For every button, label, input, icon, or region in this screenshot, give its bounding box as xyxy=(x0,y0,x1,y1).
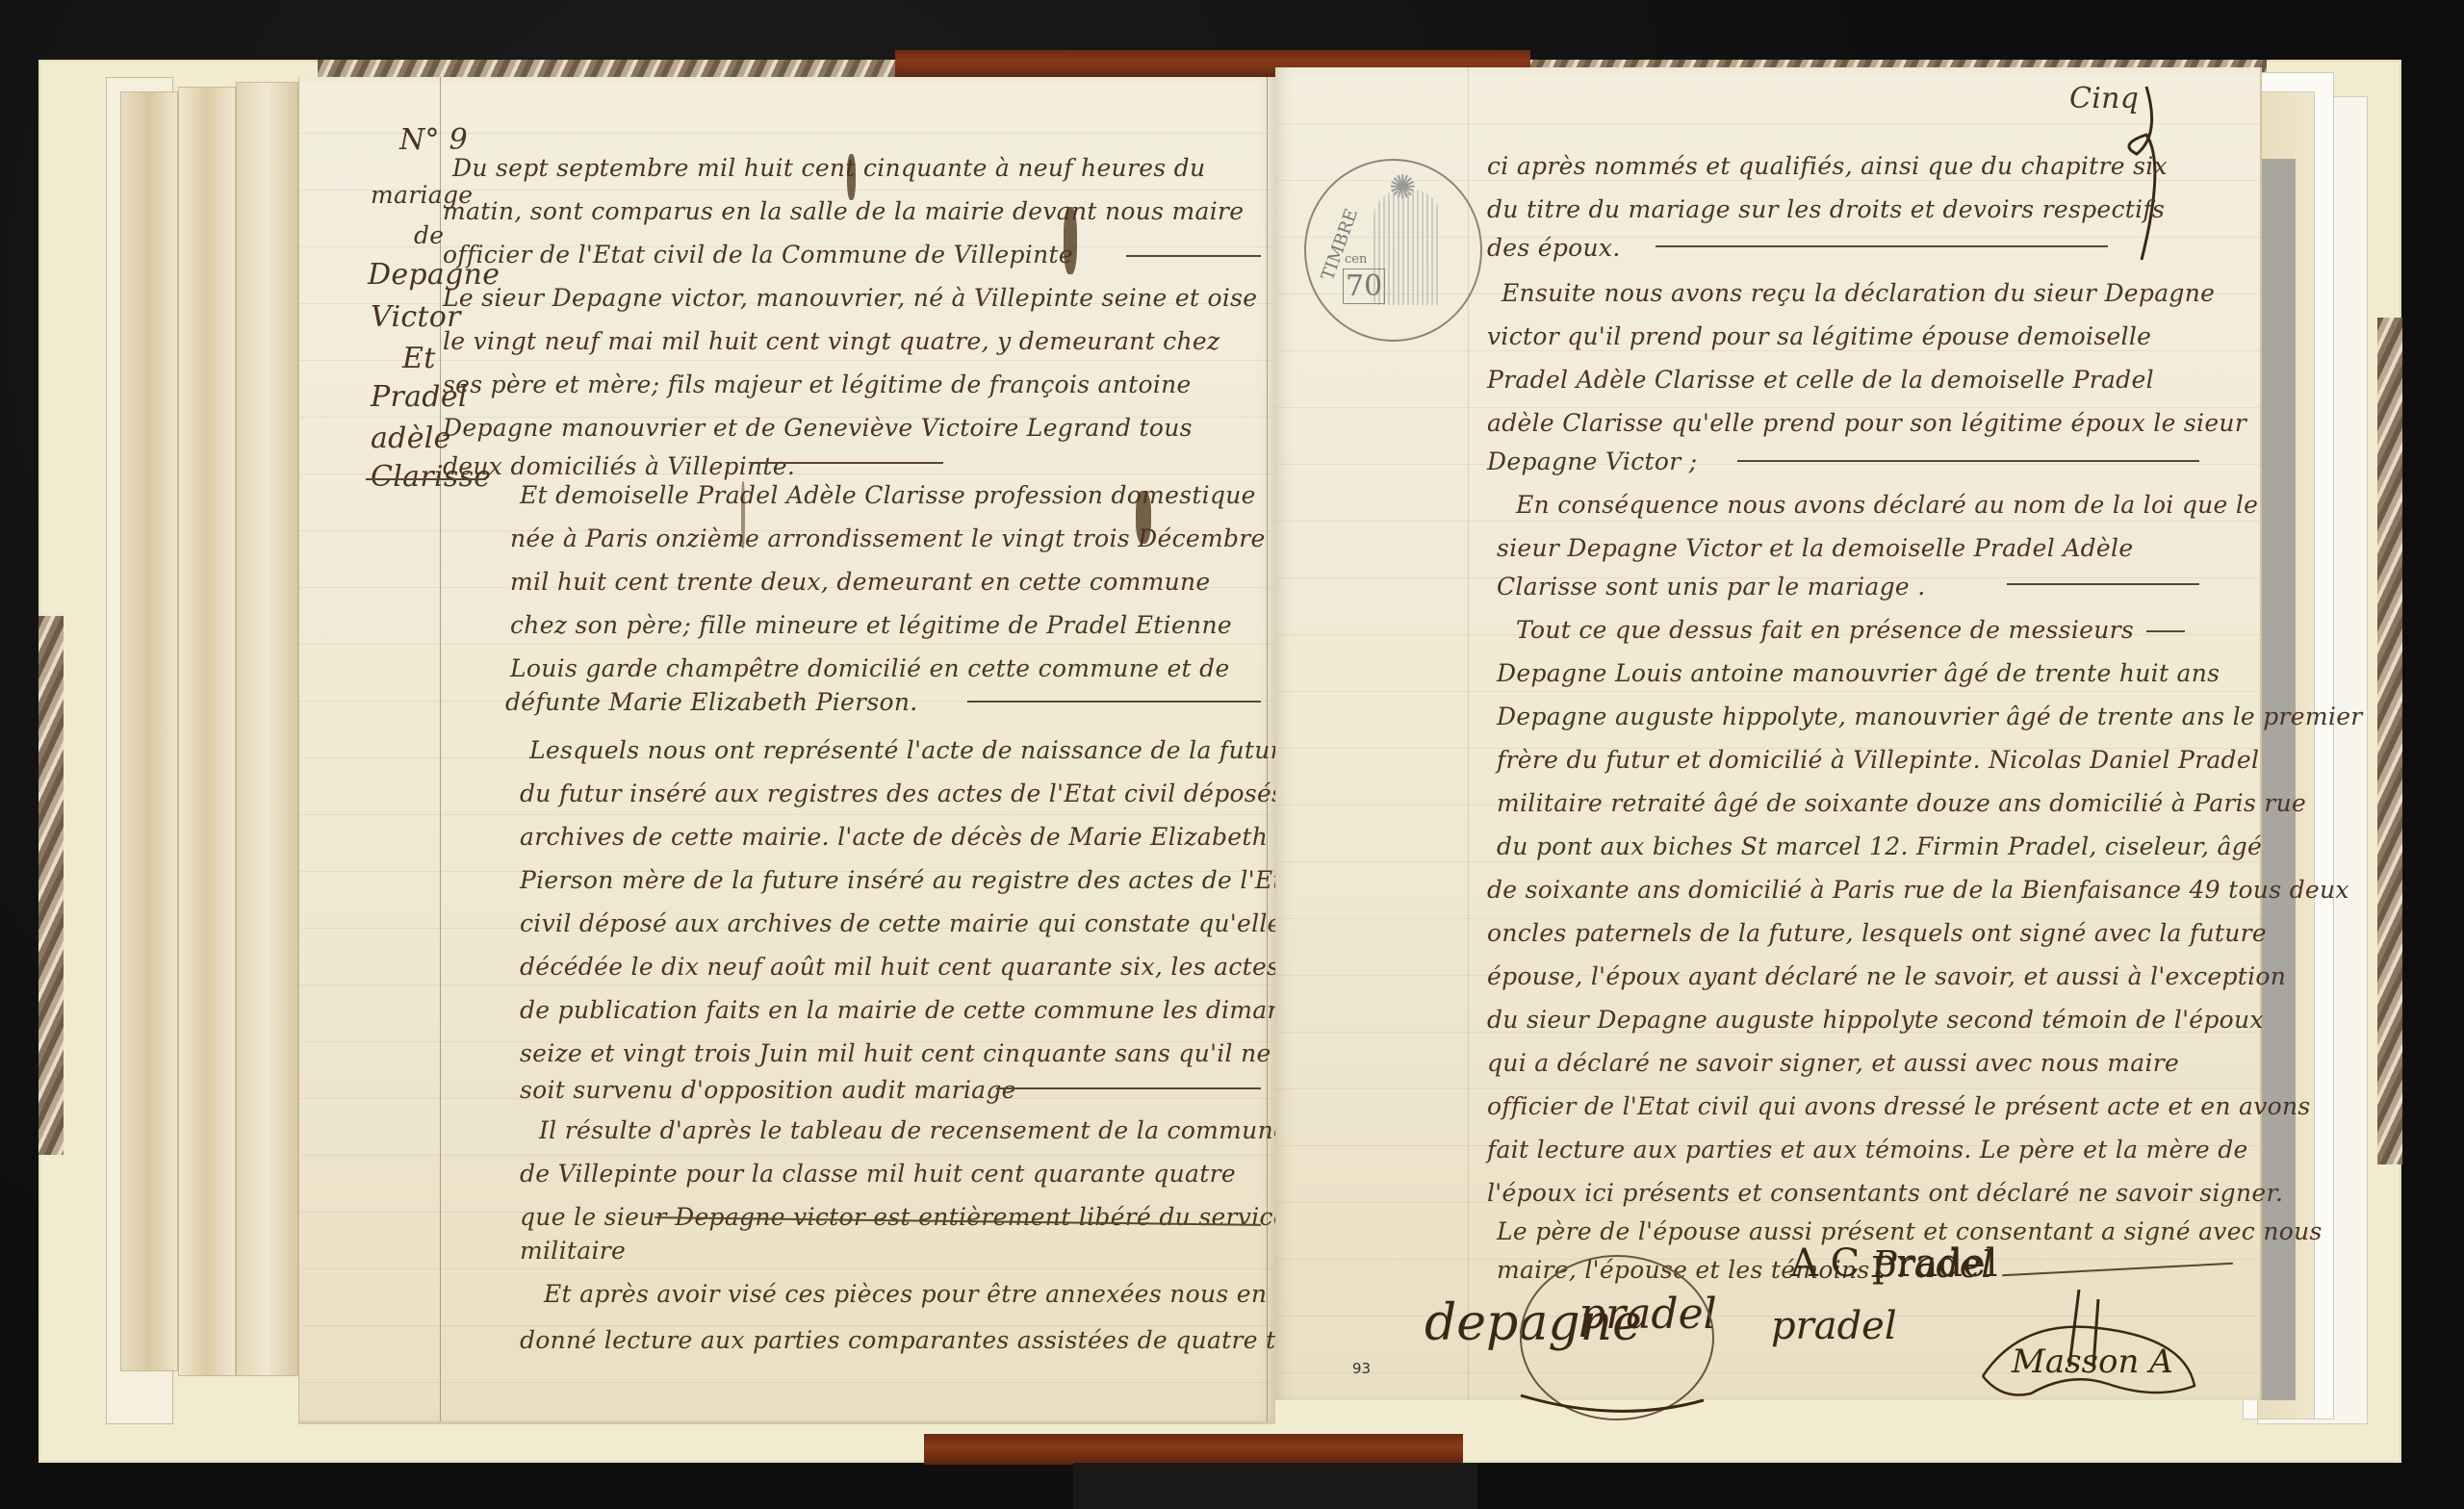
text-line: Depagne manouvrier et de Geneviève Victo… xyxy=(443,414,1193,442)
text-line: du futur inséré aux registres des actes … xyxy=(520,780,1336,807)
text-line: fait lecture aux parties et aux témoins.… xyxy=(1487,1136,2248,1164)
text-line: Il résulte d'après le tableau de recense… xyxy=(539,1116,1288,1144)
text-line: oncles paternels de la future, lesquels … xyxy=(1487,919,2267,947)
page-number: 93 xyxy=(1352,1360,1371,1377)
text-line: militaire xyxy=(520,1237,626,1265)
line-filler xyxy=(2146,630,2185,632)
margin-note-line: adèle xyxy=(371,422,451,455)
ink-stain xyxy=(741,481,745,549)
text-line: militaire retraité âgé de soixante douze… xyxy=(1497,789,2306,817)
signature: pradel xyxy=(1771,1304,1897,1348)
text-line: ses père et mère; fils majeur et légitim… xyxy=(443,371,1192,398)
text-line: ci après nommés et qualifiés, ainsi que … xyxy=(1487,152,2168,180)
text-line: Lesquels nous ont représenté l'acte de n… xyxy=(529,736,1373,764)
text-line: de publication faits en la mairie de cet… xyxy=(520,996,1340,1024)
text-line: du titre du mariage sur les droits et de… xyxy=(1487,195,2165,223)
signature-flourish-icon xyxy=(1501,1232,1752,1434)
text-line: Du sept septembre mil huit cent cinquant… xyxy=(452,154,1205,182)
text-line: de Villepinte pour la classe mil huit ce… xyxy=(520,1160,1236,1188)
text-line: l'époux ici présents et consentants ont … xyxy=(1487,1179,2283,1207)
text-line: deux domiciliés à Villepinte. xyxy=(443,452,795,480)
line-filler xyxy=(996,1087,1261,1089)
text-line: décédée le dix neuf août mil huit cent q… xyxy=(520,953,1279,981)
text-line: qui a déclaré ne savoir signer, et aussi… xyxy=(1487,1049,2179,1077)
page-edge-stack xyxy=(236,82,298,1376)
line-filler xyxy=(1126,255,1261,257)
text-line: officier de l'Etat civil qui avons dress… xyxy=(1487,1092,2311,1120)
text-line: matin, sont comparus en la salle de la m… xyxy=(443,197,1244,225)
text-line: donné lecture aux parties comparantes as… xyxy=(520,1326,1365,1354)
text-line: adèle Clarisse qu'elle prend pour son lé… xyxy=(1487,409,2246,437)
text-line: Depagne Louis antoine manouvrier âgé de … xyxy=(1497,659,2220,687)
text-line: Clarisse sont unis par le mariage . xyxy=(1497,573,1926,601)
text-line: Tout ce que dessus fait en présence de m… xyxy=(1516,616,2134,644)
record-number: N° 9 xyxy=(399,123,468,157)
stamp-denomination: 70 xyxy=(1343,269,1385,304)
line-filler xyxy=(967,701,1261,703)
text-line: que le sieur Depagne victor est entièrem… xyxy=(520,1203,1288,1231)
text-line: Pierson mère de la future inséré au regi… xyxy=(520,866,1307,894)
text-line: civil déposé aux archives de cette mairi… xyxy=(520,909,1327,937)
line-filler xyxy=(1655,245,2108,247)
text-line: En conséquence nous avons déclaré au nom… xyxy=(1516,491,2258,519)
text-line: des époux. xyxy=(1487,234,1621,262)
text-line: le vingt neuf mai mil huit cent vingt qu… xyxy=(443,327,1219,355)
text-line: Pradel Adèle Clarisse et celle de la dem… xyxy=(1487,366,2154,394)
line-filler xyxy=(751,462,943,464)
page-edge-stack xyxy=(178,87,236,1376)
text-line: seize et vingt trois Juin mil huit cent … xyxy=(520,1039,1271,1067)
stamp-denomination-label: cen xyxy=(1345,252,1367,267)
margin-note-line: de xyxy=(414,221,444,249)
text-line: mil huit cent trente deux, demeurant en … xyxy=(510,568,1210,596)
revenue-stamp: ✺ TIMBRE cen 70 xyxy=(1304,159,1482,342)
ink-stain xyxy=(1064,207,1077,274)
text-line: du sieur Depagne auguste hippolyte secon… xyxy=(1487,1006,2264,1034)
ink-stain xyxy=(847,154,856,200)
margin-note-line: Et xyxy=(402,342,436,375)
text-line: de soixante ans domicilié à Paris rue de… xyxy=(1487,876,2349,904)
text-line: Et après avoir visé ces pièces pour être… xyxy=(544,1280,1347,1308)
text-line: épouse, l'époux ayant déclaré ne le savo… xyxy=(1487,962,2286,990)
ink-stain xyxy=(1136,491,1151,544)
text-line: sieur Depagne Victor et la demoiselle Pr… xyxy=(1497,534,2133,562)
text-line: archives de cette mairie. l'acte de décè… xyxy=(520,823,1268,851)
mayor-paraph-icon xyxy=(1963,1280,2214,1405)
marbled-cover-left-edge xyxy=(38,616,64,1155)
spine-binding-bottom xyxy=(924,1434,1463,1465)
line-filler xyxy=(1737,460,2199,462)
text-line: chez son père; fille mineure et légitime… xyxy=(510,611,1232,639)
line-filler xyxy=(2007,583,2199,585)
text-line: du pont aux biches St marcel 12. Firmin … xyxy=(1497,832,2262,860)
text-line: Depagne auguste hippolyte, manouvrier âg… xyxy=(1497,703,2363,730)
text-line: frère du futur et domicilié à Villepinte… xyxy=(1497,746,2259,774)
text-line: officier de l'Etat civil de la Commune d… xyxy=(443,241,1073,269)
text-line: Ensuite nous avons reçu la déclaration d… xyxy=(1501,279,2215,307)
text-line: née à Paris onzième arrondissement le vi… xyxy=(510,524,1266,552)
marbled-cover-right-edge xyxy=(2377,318,2402,1164)
text-line: soit survenu d'opposition audit mariage xyxy=(520,1076,1016,1104)
text-line: défunte Marie Elizabeth Pierson. xyxy=(505,688,918,716)
text-line: Depagne Victor ; xyxy=(1487,448,1697,475)
scanner-shadow xyxy=(1073,1463,1477,1509)
text-line: Louis garde champêtre domicilié en cette… xyxy=(510,654,1230,682)
text-line: victor qu'il prend pour sa légitime épou… xyxy=(1487,322,2151,350)
page-edge-stack xyxy=(120,91,178,1371)
text-line: Le sieur Depagne victor, manouvrier, né … xyxy=(443,284,1257,312)
